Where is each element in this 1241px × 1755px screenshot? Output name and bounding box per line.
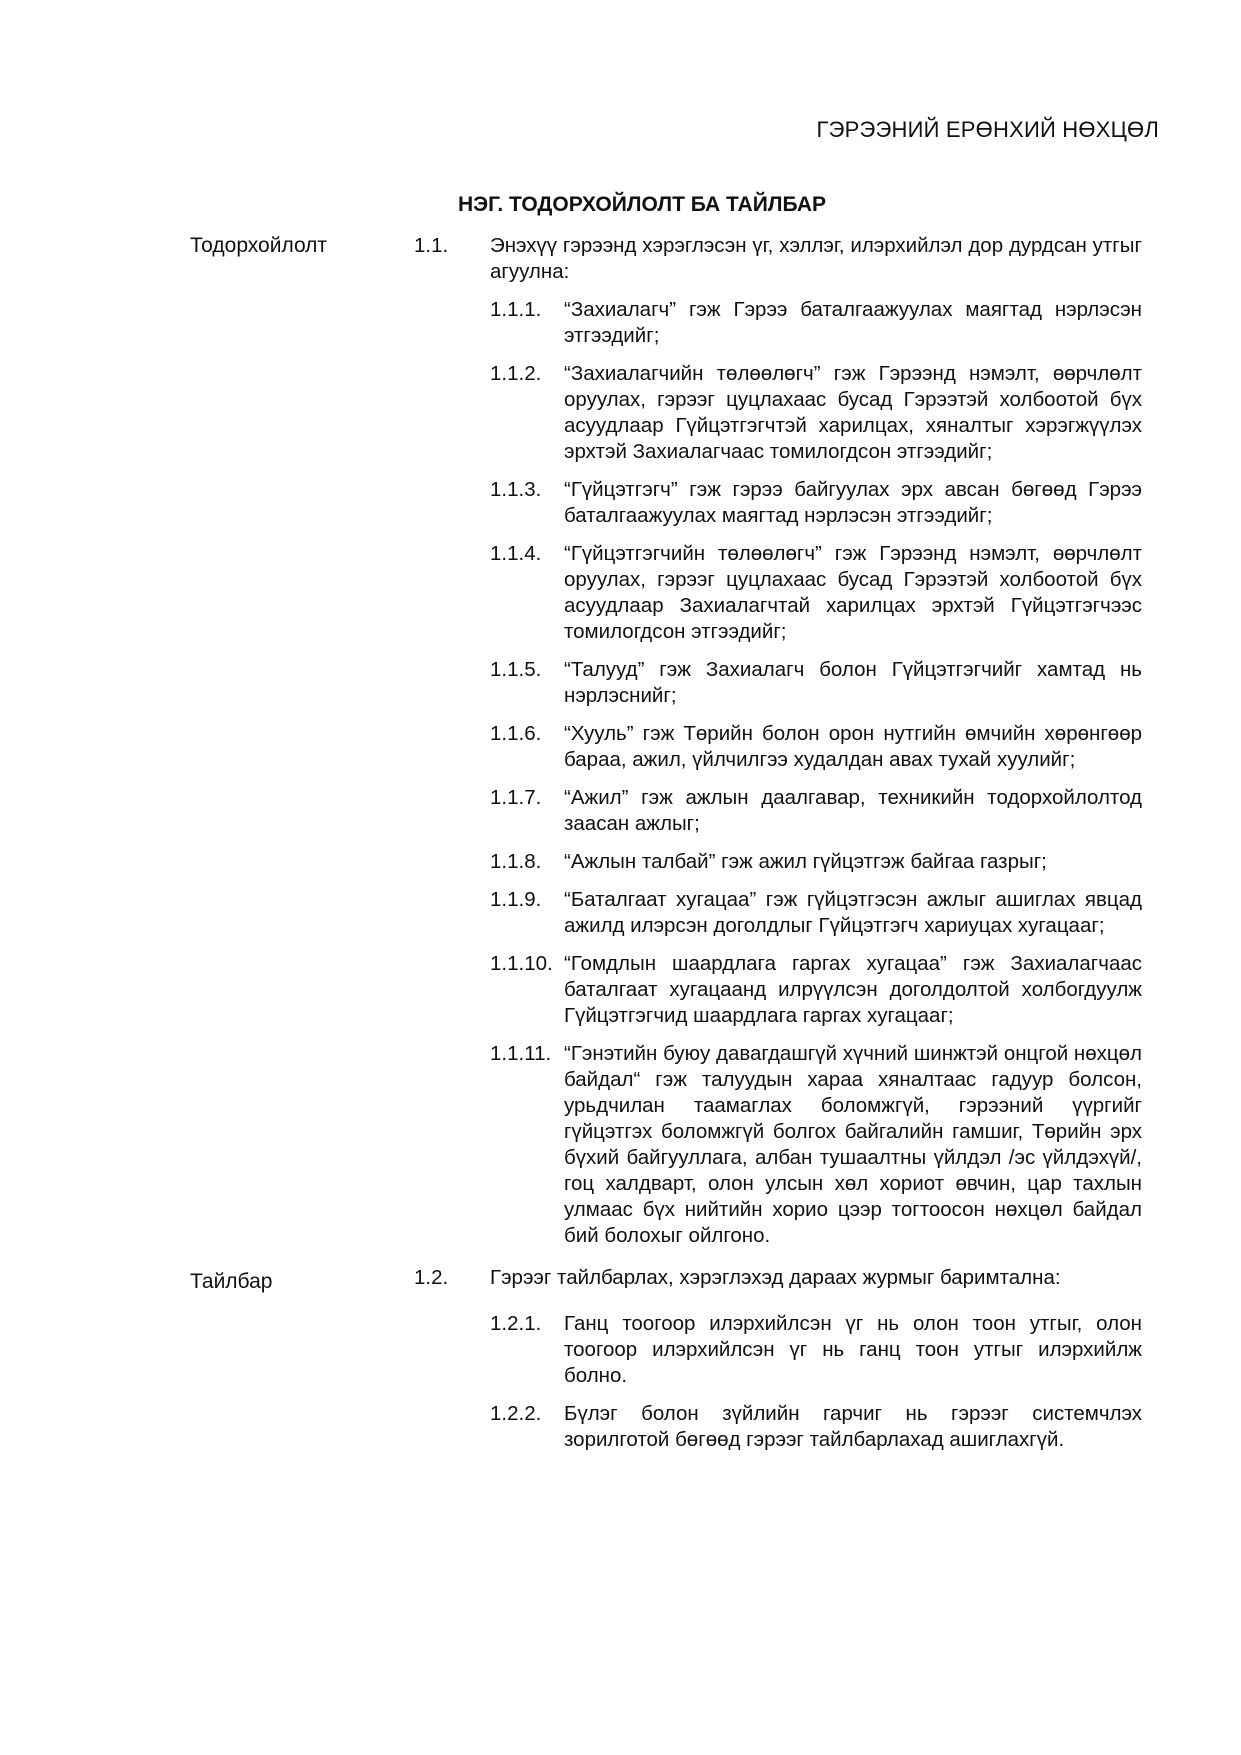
item-text: “Гомдлын шаардлага гаргах хугацаа” гэж З… bbox=[564, 951, 1142, 1029]
list-item: 1.1.11. “Гэнэтийн буюу давагдашгүй хүчни… bbox=[0, 1041, 1241, 1249]
item-number: 1.1.9. bbox=[490, 887, 541, 913]
item-number: 1.1.3. bbox=[490, 477, 541, 503]
list-item: 1.1.2. “Захиалагчийн төлөөлөгч” гэж Гэрэ… bbox=[0, 361, 1241, 465]
item-number: 1.2.1. bbox=[490, 1311, 541, 1337]
clause-side-label: Тайлбар bbox=[190, 1269, 272, 1295]
clause-interpretation: Тайлбар 1.2. Гэрээг тайлбарлах, хэрэглэх… bbox=[0, 1265, 1241, 1291]
clause-text: Гэрээг тайлбарлах, хэрэглэхэд дараах жур… bbox=[490, 1265, 1142, 1291]
item-number: 1.1.6. bbox=[490, 721, 541, 747]
clause-side-label: Тодорхойлолт bbox=[190, 233, 327, 259]
item-text: “Захиалагч” гэж Гэрээ баталгаажуулах мая… bbox=[564, 297, 1142, 349]
item-text: “Гүйцэтгэгчийн төлөөлөгч” гэж Гэрээнд нэ… bbox=[564, 541, 1142, 645]
clause-definitions: Тодорхойлолт 1.1. Энэхүү гэрээнд хэрэглэ… bbox=[0, 233, 1241, 285]
item-text: “Баталгаат хугацаа” гэж гүйцэтгэсэн ажлы… bbox=[564, 887, 1142, 939]
document-body: Тодорхойлолт 1.1. Энэхүү гэрээнд хэрэглэ… bbox=[0, 233, 1241, 1453]
item-number: 1.1.10. bbox=[490, 951, 553, 977]
section-title: НЭГ. ТОДОРХОЙЛОЛТ БА ТАЙЛБАР bbox=[458, 193, 826, 217]
item-text: “Ажил” гэж ажлын даалгавар, техникийн то… bbox=[564, 785, 1142, 837]
item-number: 1.1.11. bbox=[490, 1041, 551, 1067]
list-item: 1.2.2. Бүлэг болон зүйлийн гарчиг нь гэр… bbox=[0, 1401, 1241, 1453]
list-item: 1.1.1. “Захиалагч” гэж Гэрээ баталгаажуу… bbox=[0, 297, 1241, 349]
list-item: 1.1.4. “Гүйцэтгэгчийн төлөөлөгч” гэж Гэр… bbox=[0, 541, 1241, 645]
document-header: ГЭРЭЭНИЙ ЕРӨНХИЙ НӨХЦӨЛ bbox=[816, 117, 1159, 143]
item-number: 1.1.5. bbox=[490, 657, 541, 683]
item-text: “Захиалагчийн төлөөлөгч” гэж Гэрээнд нэм… bbox=[564, 361, 1142, 465]
list-item: 1.1.5. “Талууд” гэж Захиалагч болон Гүйц… bbox=[0, 657, 1241, 709]
list-item: 1.1.3. “Гүйцэтгэгч” гэж гэрээ байгуулах … bbox=[0, 477, 1241, 529]
list-item: 1.1.8. “Ажлын талбай” гэж ажил гүйцэтгэж… bbox=[0, 849, 1241, 875]
list-item: 1.1.6. “Хууль” гэж Төрийн болон орон нут… bbox=[0, 721, 1241, 773]
item-text: “Гүйцэтгэгч” гэж гэрээ байгуулах эрх авс… bbox=[564, 477, 1142, 529]
item-text: “Хууль” гэж Төрийн болон орон нутгийн өм… bbox=[564, 721, 1142, 773]
item-number: 1.1.2. bbox=[490, 361, 541, 387]
item-number: 1.1.4. bbox=[490, 541, 541, 567]
clause-number: 1.1. bbox=[414, 233, 448, 259]
list-item: 1.1.9. “Баталгаат хугацаа” гэж гүйцэтгэс… bbox=[0, 887, 1241, 939]
item-number: 1.1.8. bbox=[490, 849, 541, 875]
list-item: 1.2.1. Ганц тоогоор илэрхийлсэн үг нь ол… bbox=[0, 1311, 1241, 1389]
item-text: Ганц тоогоор илэрхийлсэн үг нь олон тоон… bbox=[564, 1311, 1142, 1389]
item-text: Бүлэг болон зүйлийн гарчиг нь гэрээг сис… bbox=[564, 1401, 1142, 1453]
item-text: “Гэнэтийн буюу давагдашгүй хүчний шинжтэ… bbox=[564, 1041, 1142, 1249]
list-item: 1.1.10. “Гомдлын шаардлага гаргах хугаца… bbox=[0, 951, 1241, 1029]
clause-text: Энэхүү гэрээнд хэрэглэсэн үг, хэллэг, ил… bbox=[490, 233, 1142, 285]
clause-number: 1.2. bbox=[414, 1265, 448, 1291]
item-number: 1.2.2. bbox=[490, 1401, 541, 1427]
list-item: 1.1.7. “Ажил” гэж ажлын даалгавар, техни… bbox=[0, 785, 1241, 837]
item-text: “Талууд” гэж Захиалагч болон Гүйцэтгэгчи… bbox=[564, 657, 1142, 709]
item-number: 1.1.1. bbox=[490, 297, 541, 323]
item-text: “Ажлын талбай” гэж ажил гүйцэтгэж байгаа… bbox=[564, 849, 1142, 875]
item-number: 1.1.7. bbox=[490, 785, 541, 811]
